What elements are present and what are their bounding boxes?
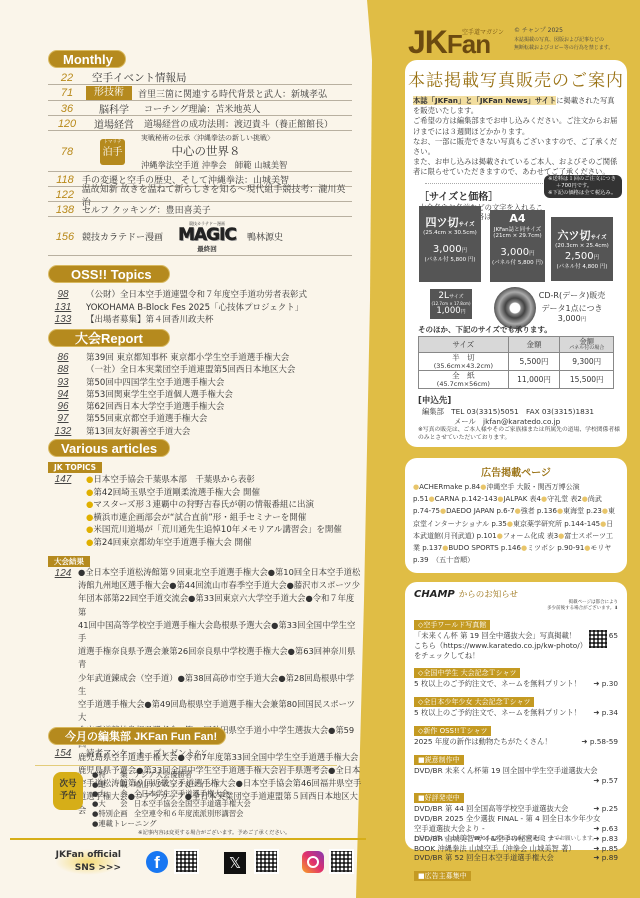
toc-title: コーチング理論：苫米地英人	[144, 102, 260, 115]
page-number: 147	[48, 474, 78, 549]
feature-row[interactable]: 78 トマリテ 泊手 実戦秘術の伝承〈沖縄拳法の新しい挑戦〉 中心の世界８ 沖縄…	[48, 132, 352, 172]
facebook-qr-code	[174, 849, 199, 874]
report-list: 86第39回 東京都知事杯 東京都小学生空手道選手権大会 88（一社）全日本実業…	[48, 352, 295, 438]
size-card-mutsugiri[interactable]: 六ツ切サイズ (20.3cm × 25.4cm) 2,500円 (パネル付 4,…	[551, 217, 613, 281]
champ-card: CHAMP からのお知らせ 掲載ページは都合により多少前後する場合がございます。…	[405, 582, 627, 850]
next-issue-list: ●特 集アジア大会優勝者 ●連 載嶋山テクニック＆マインド ●大 会全日本学生空…	[92, 770, 290, 839]
champ-line[interactable]: BOOK 沖縄拳法 山城空手（沖拳会 山城美智 著）➜ p.85	[414, 844, 618, 854]
champ-line: DVD/BR 2025 全少選抜 FINAL - 第 4 回全日本少年少女	[414, 814, 618, 824]
other-sizes-text: そのほか、下記のサイズでも承ります。	[418, 324, 552, 335]
ad-entry[interactable]: 東海堂 p.23	[563, 507, 602, 515]
price-table: サイズ 金額 金額パネル付の場合 半 切(35.6cm×43.2cm) 5,50…	[418, 336, 614, 389]
page-number: 36	[48, 103, 86, 115]
list-item[interactable]: 88（一社）全日本実業団空手道連盟第5回西日本地区大会	[48, 364, 295, 376]
oss-topics-list: 98（公財）全日本空手道連盟令和７年度空手道功労者表彰式 131YOKOHAMA…	[48, 289, 307, 327]
page-number: 122	[48, 189, 82, 201]
jk-topics-items: ●日本空手協会千葉県本部 千葉県から表彰 ●第42回埼玉県空手道剛柔流選手権大会…	[86, 474, 342, 549]
toc-row[interactable]: 36 脳科学 コーチング理論：苫米地英人	[48, 102, 352, 116]
champ-line[interactable]: DVD/BR 第 52 回全日本空手道選手権大会➜ p.89	[414, 853, 618, 863]
list-item: ●特 集アジア大会優勝者	[92, 770, 290, 780]
section-heading-various: Various articles	[48, 439, 170, 457]
toc-row[interactable]: 122 温故知新 故きを温ねて新らしきを知る〜現代組手競技考：瀧川英治	[48, 188, 352, 202]
results-page: 124	[48, 568, 78, 581]
toc-title: 首里三箇に関連する時代背景と武人：新城孝弘	[138, 87, 327, 100]
facebook-icon[interactable]: f	[146, 851, 168, 873]
x-qr-code	[254, 849, 279, 874]
manga-row[interactable]: 156 競技カラテドー漫画 競技カラテドー漫画 MAGIC 最終回 鴨林源史	[48, 218, 352, 256]
next-issue-badge: 次号 予告	[53, 772, 83, 810]
ad-entry[interactable]: JALPAK 表4	[504, 495, 541, 503]
champ-logo: CHAMP	[414, 589, 455, 600]
ad-entry[interactable]: ACHERmake p.84	[419, 483, 480, 491]
champ-line: DVD/BR 未来くん杯第 19 回全国中学生空手道選抜大会	[414, 766, 618, 776]
toc-title: セルフ クッキング：豊田喜美子	[82, 203, 211, 216]
toc-row[interactable]: 22 空手イベント情報局	[48, 71, 352, 85]
table-row: 半 切(35.6cm×43.2cm) 5,500円 9,300円	[419, 353, 614, 371]
section-heading-editorial: 今月の編集部 JKFan Fun Fan!	[48, 727, 226, 745]
ad-entry[interactable]: BUDO SPORTS p.146	[448, 544, 521, 552]
page-number: 78	[48, 146, 86, 158]
list-item[interactable]: 97第55回東京都空手道選手権大会	[48, 413, 295, 425]
list-item[interactable]: 86第39回 東京都知事杯 東京都小学生空手道選手権大会	[48, 352, 295, 364]
champ-line[interactable]: 5 枚以上のご予約注文で、ネームを無料プリント！➜ p.34	[414, 708, 618, 718]
x-icon[interactable]: 𝕏	[224, 852, 246, 874]
list-item[interactable]: 93第50回中四国学生空手道選手権大会	[48, 377, 295, 389]
list-item: ●特別企画全空連令和６年度流派別形講習会	[92, 809, 290, 819]
shipping-note: ※送料は１回のご注文につき ＋700円です。 ※下記の価格は全て税込み。	[544, 175, 622, 198]
list-item[interactable]: 133【出場者募集】第４回香川政夫杯	[48, 314, 307, 327]
ad-entry[interactable]: DAEDO JAPAN p.6-7	[446, 507, 514, 515]
champ-section-tag: ◇全国中学生 大会記念Ｔシャツ	[414, 668, 520, 678]
champ-line[interactable]: DVD/BR 第 44 回全国高等学校空手道選抜大会➜ p.25	[414, 804, 618, 814]
section-heading-report: 大会Report	[48, 329, 170, 347]
jk-topics-tag: JK TOPICS	[48, 462, 102, 473]
champ-line[interactable]: 空手道選抜大会より -➜ p.63	[414, 824, 618, 834]
champ-section-tag: ■広告主募集中	[414, 871, 471, 881]
toc-title: 道場経営の成功法則：渡辺貴斗（養正館館長）	[144, 117, 333, 130]
champ-section-tag: ◇全日本少年少女 大会記念Ｔシャツ	[414, 697, 534, 707]
list-item: ●連載トレーニング	[92, 819, 290, 829]
toc-row[interactable]: 138 セルフ クッキング：豊田喜美子	[48, 203, 352, 217]
table-row: 全 紙(45.7cm×56cm) 11,000円 15,500円	[419, 371, 614, 389]
toc-title: 空手イベント情報局	[92, 70, 187, 85]
tomarite-badge: トマリテ 泊手	[100, 139, 125, 165]
photo-sales-title: 本誌掲載写真販売のご案内	[405, 66, 627, 91]
size-card-2l[interactable]: 2Lサイズ (12.7cm × 17.8cm) 1,000円	[430, 289, 472, 319]
ads-card: 広告掲載ページ ●ACHERmake p.84●沖縄空手 大阪・関西万博公演 p…	[405, 458, 627, 573]
size-card-a4[interactable]: A4 JKFan誌と同サイズ (21cm × 29.7cm) 3,000円 (パ…	[490, 210, 545, 282]
champ-note: 掲載ページは都合により多少前後する場合がございます。⬇	[414, 600, 618, 612]
list-item: ●大 会全日本学生空手道選手権大会	[92, 789, 290, 799]
magazine-tagline: 空手道マガジン	[462, 27, 504, 36]
page-number: 138	[48, 204, 82, 216]
section-heading-monthly: Monthly	[48, 50, 126, 68]
list-item[interactable]: ●日本空手協会千葉県本部 千葉県から表彰	[86, 474, 342, 487]
divider	[35, 765, 337, 766]
champ-section-tag: ◇空手ワールド写真館	[414, 620, 490, 630]
apply-info: [申込先] 編集部 TEL 03(3315)5051 FAX 03(3315)1…	[418, 397, 623, 442]
toc-title: 競技カラテドー漫画	[82, 230, 163, 243]
ad-entry[interactable]: フォーム化成 表3	[503, 532, 558, 540]
list-item[interactable]: ●第24回東京都幼年空手道選手権大会 開催	[86, 537, 342, 550]
category-tag: 形技術	[86, 86, 132, 100]
cd-icon	[494, 287, 536, 329]
champ-section-tag: ■鋭意制作中	[414, 755, 464, 765]
list-item[interactable]: 94第53回関東学生空手道個人選手権大会	[48, 389, 295, 401]
category-label: 道場経営	[86, 116, 142, 131]
copyright-notice: © チャンプ 2025 本誌掲載の写真、図版および記事などの 無断転載およびコピ…	[514, 27, 613, 53]
champ-line[interactable]: ➜ p.57	[414, 776, 618, 786]
size-card-yotsugiri[interactable]: 四ツ切サイズ (25.4cm × 30.5cm) 3,000円 (パネル付 5,…	[419, 206, 481, 282]
champ-line[interactable]: 5 枚以上のご予約注文で、ネームを無料プリント！➜ p.30	[414, 679, 618, 689]
champ-line: をチェックしてね！	[414, 651, 618, 661]
instagram-icon[interactable]	[302, 851, 324, 873]
toc-row[interactable]: 120 道場経営 道場経営の成功法則：渡辺貴斗（養正館館長）	[48, 117, 352, 131]
kw-photo-qr-code	[587, 628, 609, 650]
list-item[interactable]: ●第42回埼玉県空手道剛柔流選手権大会 開催	[86, 487, 342, 500]
ads-order-note: （五十音順）	[429, 556, 475, 564]
editorial-row[interactable]: 154読者アンケート、プレゼントなど	[48, 748, 207, 761]
list-item[interactable]: 96第62回西日本大学空手道選手権大会	[48, 401, 295, 413]
feature-text: 実戦秘術の伝承〈沖縄拳法の新しい挑戦〉 中心の世界８ 沖縄拳法空手道 沖拳会 師…	[141, 133, 341, 171]
page-number: 120	[48, 118, 86, 130]
instagram-qr-code	[329, 849, 354, 874]
list-item[interactable]: ●マスターズ形３連覇中の狩野吉春氏が朝の情報番組に出演	[86, 499, 342, 512]
list-item[interactable]: ●横浜市連企画部会が“試合直前”形・組手セミナーを開催	[86, 512, 342, 525]
page-number: 22	[48, 72, 86, 84]
page-number: 118	[48, 174, 82, 186]
champ-line[interactable]: 2025 年度の新作は動物たちがたくさん！➜ p.58-59	[414, 737, 618, 747]
ads-list: ●ACHERmake p.84●沖縄空手 大阪・関西万博公演 p.51●CARN…	[413, 481, 619, 566]
sns-label: JKFan official SNS >>>	[55, 849, 121, 875]
magic-logo: 競技カラテドー漫画 MAGIC 最終回	[171, 221, 243, 253]
jk-topics-list: 147 ●日本空手協会千葉県本部 千葉県から表彰 ●第42回埼玉県空手道剛柔流選…	[48, 474, 342, 549]
toc-row[interactable]: 71 形技術 首里三箇に関連する時代背景と武人：新城孝弘	[48, 86, 352, 101]
category-label: 脳科学	[86, 101, 142, 116]
ad-entry[interactable]: 強者 p.136	[521, 507, 557, 515]
page-number: 156	[48, 231, 82, 243]
champ-section-tag: ■好評発売中	[414, 793, 464, 803]
champ-section-tag: ◇新作 OSS!!Ｔシャツ	[414, 726, 491, 736]
list-item: ●大 会日本空手協会全国空手道選手権大会	[92, 799, 290, 809]
ad-entry[interactable]: ミツボシ p.90-91	[527, 544, 584, 552]
ad-entry[interactable]: 東京薬学研究所 p.144-145	[513, 520, 600, 528]
cdr-sales[interactable]: CD-R(データ)販売 データ1点につき 3,000円	[532, 291, 612, 325]
divider	[10, 838, 366, 840]
section-heading-oss-topics: OSS!! Topics	[48, 265, 170, 283]
list-item[interactable]: ●米国荒川道場が「荒川通先生追悼10年メモリアル講習会」を開催	[86, 524, 342, 537]
list-item[interactable]: 98（公財）全日本空手道連盟令和７年度空手道功労者表彰式	[48, 289, 307, 302]
list-item[interactable]: 132第13回友好親善空手道大会	[48, 426, 295, 438]
champ-footer: 上記のお問い合わせは、☎ 03-3315-3190（営業部）までお願いします。	[413, 834, 598, 842]
list-item[interactable]: 131YOKOHAMA B-Block Fes 2025「心技体プロジェクト」	[48, 302, 307, 315]
ad-entry[interactable]: CARNA p.142-143	[435, 495, 498, 503]
manga-author: 鴨林源史	[247, 230, 283, 243]
photo-sales-intro: 本誌「JKFan」と「JKFan News」サイトに掲載された写真を販売いたしま…	[405, 96, 627, 116]
email-link[interactable]: メール jkfan@karatedo.co.jp	[418, 417, 623, 427]
page-number: 71	[48, 87, 86, 99]
list-item: ●連 載嶋山テクニック＆マインド	[92, 780, 290, 790]
ad-entry[interactable]: 守礼堂 表2	[547, 495, 582, 503]
